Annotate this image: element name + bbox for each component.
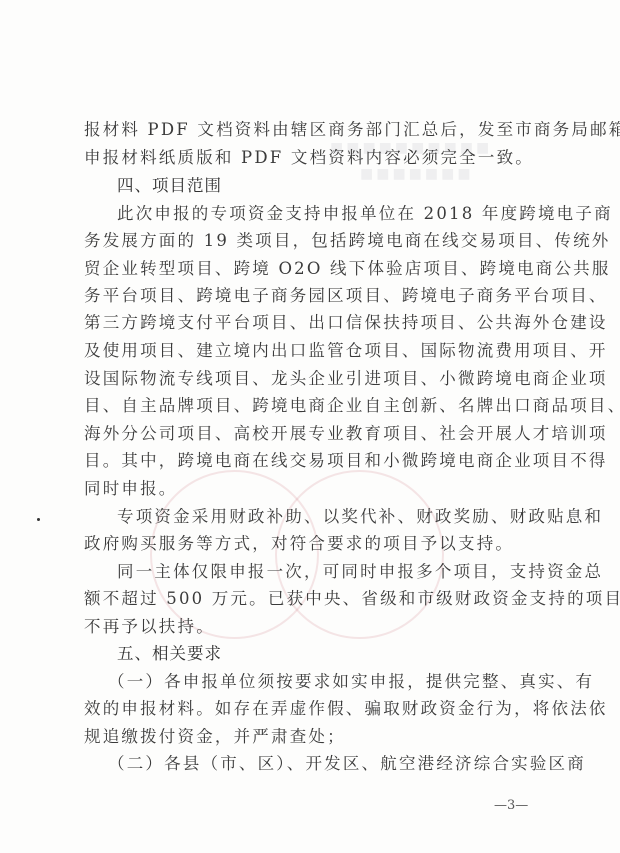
body-line: 同时申报。 [84,479,544,499]
body-line: 第三方跨境支付平台项目、出口信保扶持项目、公共海外仓建设 [84,313,544,333]
body-line: （一）各申报单位须按要求如实申报，提供完整、真实、有 [108,672,535,692]
body-line: 及使用项目、建立境内出口监管仓项目、国际物流费用项目、开 [84,341,544,361]
scan-speck [37,518,40,521]
body-line: 额不超过 500 万元。已获中央、省级和市级财政资金支持的项目， [84,589,544,609]
body-line: 专项资金采用财政补助、以奖代补、财政奖励、财政贴息和 [117,507,544,527]
body-line: 不再予以扶持。 [84,617,544,637]
document-page: ■■■■■■■■■■ ■■■■■■■ 报材料 PDF 文档资料由辖区商务部门汇总… [0,0,620,853]
body-line: 报材料 PDF 文档资料由辖区商务部门汇总后，发至市商务局邮箱。 [84,120,544,140]
section-heading-5: 五、相关要求 [117,644,544,664]
section-heading-4: 四、项目范围 [117,176,544,196]
body-line: 海外分公司项目、高校开展专业教育项目、社会开展人才培训项 [84,424,544,444]
body-line: 申报材料纸质版和 PDF 文档资料内容必须完全一致。 [84,148,544,168]
body-line: 务发展方面的 19 类项目，包括跨境电商在线交易项目、传统外 [84,231,544,251]
body-line: 目。其中，跨境电商在线交易项目和小微跨境电商企业项目不得 [84,451,544,471]
body-line: 效的申报材料。如存在弄虚作假、骗取财政资金行为，将依法依 [84,699,544,719]
page-number: —3— [494,798,528,813]
body-line: 此次申报的专项资金支持申报单位在 2018 年度跨境电子商 [117,204,544,224]
body-line: 贸企业转型项目、跨境 O2O 线下体验店项目、跨境电商公共服 [84,259,544,279]
body-line: （二）各县（市、区）、开发区、航空港经济综合实验区商 [108,754,535,774]
body-line: 务平台项目、跨境电子商务园区项目、跨境电子商务平台项目、 [84,286,544,306]
body-line: 同一主体仅限申报一次，可同时申报多个项目，支持资金总 [117,562,544,582]
body-line: 目、自主品牌项目、跨境电商企业自主创新、名牌出口商品项目、 [84,396,544,416]
body-line: 政府购买服务等方式，对符合要求的项目予以支持。 [84,534,544,554]
body-line: 设国际物流专线项目、龙头企业引进项目、小微跨境电商企业项 [84,369,544,389]
body-line: 规追缴拨付资金，并严肃查处； [84,727,544,747]
